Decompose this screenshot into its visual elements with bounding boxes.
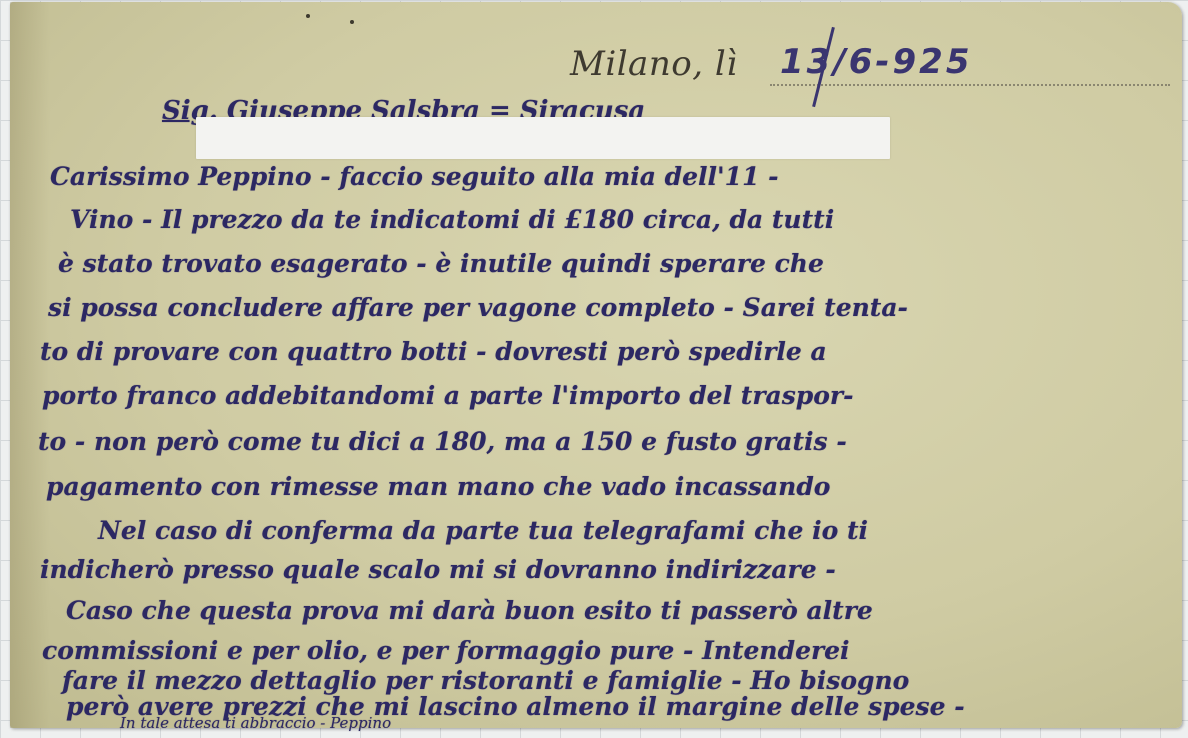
place-label: Milano, lì [570, 44, 738, 84]
date-value: 13/6-925 [780, 42, 972, 82]
redaction-bar [196, 117, 890, 159]
letter-line: commissioni e per olio, e per formaggio … [42, 636, 850, 665]
date-dotted-line [770, 84, 1170, 86]
letter-line: to di provare con quattro botti - dovres… [40, 337, 827, 366]
ink-spot [350, 20, 354, 24]
letter-line: indicherò presso quale scalo mi si dovra… [40, 555, 836, 584]
letter-line: si possa concludere affare per vagone co… [48, 293, 908, 322]
postcard: Milano, lì 13/6-925 Sig. Giuseppe Salsbr… [10, 2, 1182, 728]
letter-signoff: In tale attesa ti abbraccio - Peppino [120, 714, 391, 732]
letter-line: fare il mezzo dettaglio per ristoranti e… [62, 666, 909, 695]
letter-line: porto franco addebitandomi a parte l'imp… [42, 381, 853, 410]
letter-line: Carissimo Peppino - faccio seguito alla … [50, 162, 779, 191]
ink-spot [306, 14, 310, 18]
letter-line: è stato trovato esagerato - è inutile qu… [58, 249, 824, 278]
letter-line: pagamento con rimesse man mano che vado … [46, 472, 831, 501]
letter-line: Vino - Il prezzo da te indicatomi di £18… [70, 205, 834, 234]
letter-line: to - non però come tu dici a 180, ma a 1… [38, 427, 847, 456]
letter-line: Caso che questa prova mi darà buon esito… [66, 596, 873, 625]
letter-line: Nel caso di conferma da parte tua telegr… [98, 516, 868, 545]
